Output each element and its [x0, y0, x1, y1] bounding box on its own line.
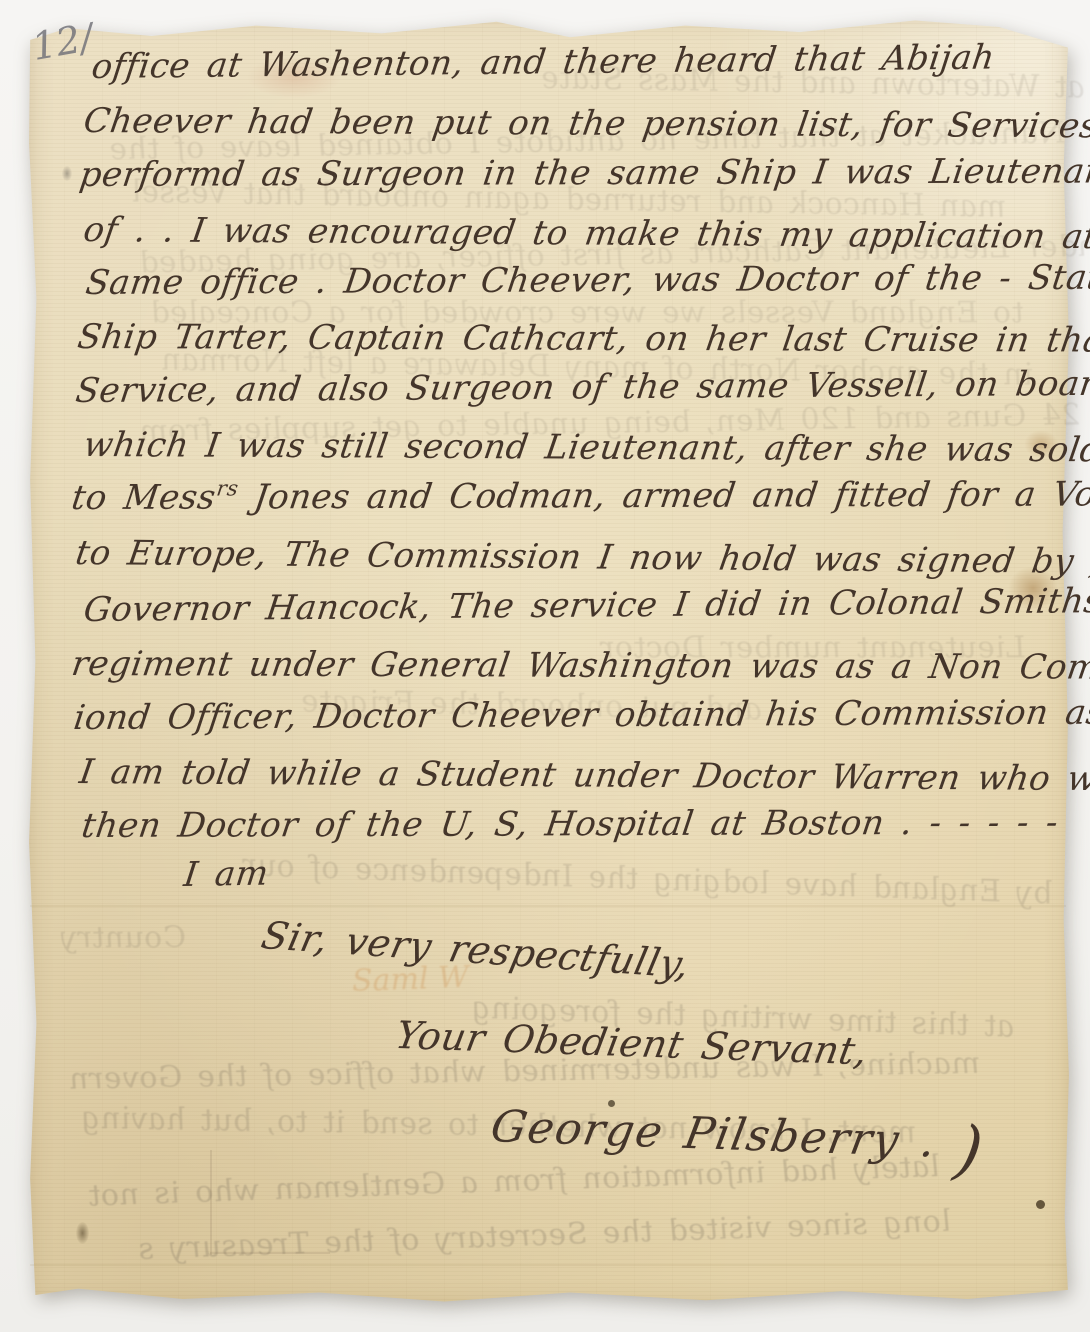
page-background: and at Watertown and the Mass State Nant…	[0, 0, 1090, 1332]
line-text: Ship Tarter, Captain Cathcart, on her la…	[75, 317, 1090, 361]
line-text: Cheever had been put on the pension list…	[81, 101, 1090, 146]
manuscript-line-2: Cheever had been put on the pension list…	[81, 100, 1090, 146]
manuscript-line-8: which I was still second Lieutenant, aft…	[81, 424, 1090, 470]
manuscript-line-5: Same office . Doctor Cheever, was Doctor…	[83, 257, 1090, 304]
line-text: which I was still second Lieutenant, aft…	[81, 425, 1090, 470]
line-text: iond Officer, Doctor Cheever obtaind his…	[71, 693, 1090, 738]
line-text: to Mess	[69, 477, 218, 518]
bleedthrough-line: Country	[58, 920, 189, 955]
offset-stamp-mark: Saml W	[351, 960, 469, 999]
manuscript-line-11: Governor Hancock, The service I did in C…	[81, 580, 1090, 630]
manuscript-line-12: regiment under General Washington was as…	[69, 643, 1090, 688]
manuscript-line-13: iond Officer, Doctor Cheever obtaind his…	[71, 692, 1090, 739]
line-text: I am told while a Student under Doctor W…	[77, 752, 1090, 799]
manuscript-line-3: performd as Surgeon in the same Ship I w…	[77, 150, 1090, 195]
manuscript-line-4: of . . I was encouraged to make this my …	[81, 209, 1090, 258]
line-text: Same office . Doctor Cheever, was Doctor…	[83, 258, 1090, 303]
signature-name: George Pilsberry .	[487, 1101, 941, 1167]
line-text: of . . I was encouraged to make this my …	[81, 210, 1090, 258]
manuscript-line-6: Ship Tarter, Captain Cathcart, on her la…	[75, 316, 1090, 361]
closing-i-am: I am	[182, 854, 271, 895]
line-text: Jones and Codman, armed and fitted for a…	[234, 474, 1090, 517]
line-text: regiment under General Washington was as…	[69, 644, 1090, 688]
line-text: then Doctor of the U, S, Hospital at Bos…	[79, 803, 1061, 846]
manuscript-line-14: I am told while a Student under Doctor W…	[77, 751, 1090, 799]
line-text: Service, and also Surgeon of the same Ve…	[73, 363, 1090, 411]
line-text: performd as Surgeon in the same Ship I w…	[77, 151, 1090, 195]
manuscript-line-9: to Messrs Jones and Codman, armed and fi…	[69, 473, 1090, 518]
manuscript-line-15: then Doctor of the U, S, Hospital at Bos…	[79, 802, 1061, 847]
manuscript-line-7: Service, and also Surgeon of the same Ve…	[73, 362, 1090, 411]
